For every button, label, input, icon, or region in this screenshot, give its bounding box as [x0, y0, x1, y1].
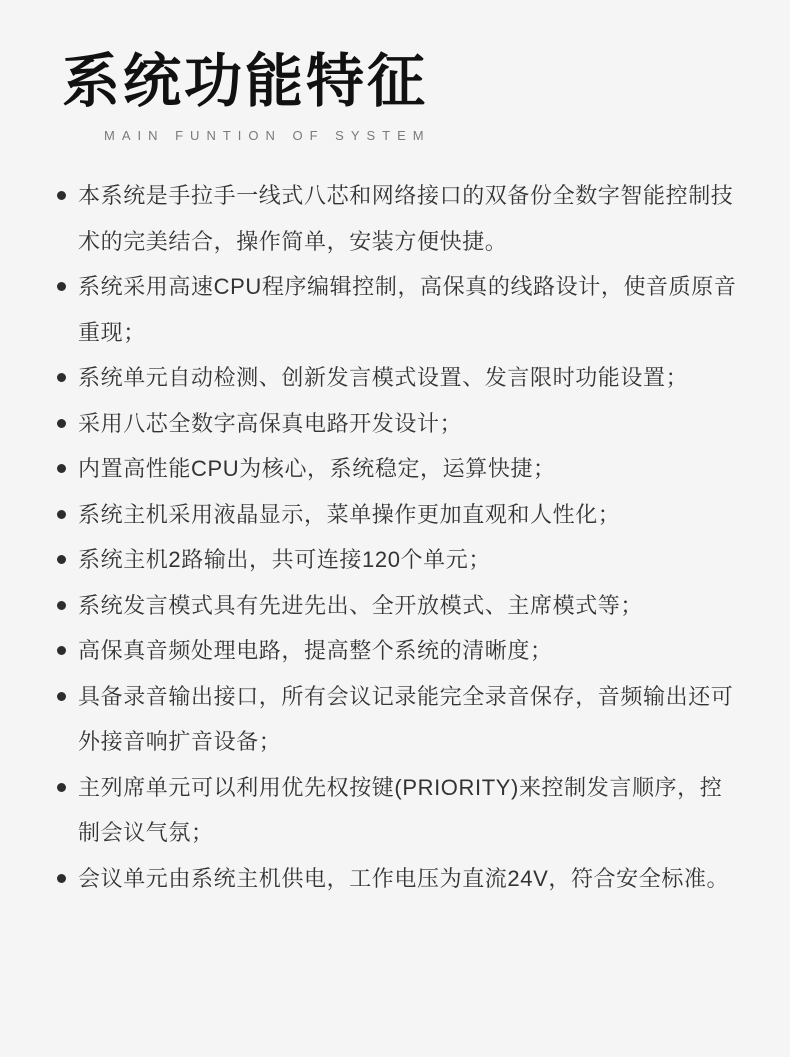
bullet-dot-icon	[57, 583, 78, 629]
feature-list-item: 系统主机2路输出，共可连接120个单元；	[57, 537, 742, 583]
feature-text: 系统主机2路输出，共可连接120个单元；	[78, 537, 740, 583]
feature-list-item: 内置高性能CPU为核心，系统稳定，运算快捷；	[57, 446, 742, 492]
feature-list-item: 主列席单元可以利用优先权按键(PRIORITY)来控制发言顺序，控制会议气氛；	[57, 765, 742, 856]
feature-text: 主列席单元可以利用优先权按键(PRIORITY)来控制发言顺序，控制会议气氛；	[78, 765, 740, 856]
feature-list: 本系统是手拉手一线式八芯和网络接口的双备份全数字智能控制技术的完美结合，操作简单…	[57, 173, 742, 901]
bullet-dot-icon	[57, 401, 78, 447]
bullet-dot-icon	[57, 492, 78, 538]
feature-list-item: 高保真音频处理电路，提高整个系统的清晰度；	[57, 628, 742, 674]
feature-list-item: 系统采用高速CPU程序编辑控制，高保真的线路设计，使音质原音重现；	[57, 264, 742, 355]
feature-text: 系统单元自动检测、创新发言模式设置、发言限时功能设置；	[78, 355, 740, 401]
feature-list-item: 本系统是手拉手一线式八芯和网络接口的双备份全数字智能控制技术的完美结合，操作简单…	[57, 173, 742, 264]
feature-text: 系统采用高速CPU程序编辑控制，高保真的线路设计，使音质原音重现；	[78, 264, 740, 355]
feature-text: 系统发言模式具有先进先出、全开放模式、主席模式等；	[78, 583, 740, 629]
bullet-dot-icon	[57, 264, 78, 310]
feature-text: 系统主机采用液晶显示，菜单操作更加直观和人性化；	[78, 492, 740, 538]
bullet-dot-icon	[57, 537, 78, 583]
feature-list-item: 系统主机采用液晶显示，菜单操作更加直观和人性化；	[57, 492, 742, 538]
page-title: 系统功能特征	[62, 48, 750, 116]
feature-text: 高保真音频处理电路，提高整个系统的清晰度；	[78, 628, 740, 674]
bullet-dot-icon	[57, 765, 78, 811]
feature-text: 会议单元由系统主机供电，工作电压为直流24V，符合安全标准。	[78, 856, 740, 902]
bullet-dot-icon	[57, 856, 78, 902]
feature-text: 内置高性能CPU为核心，系统稳定，运算快捷；	[78, 446, 740, 492]
feature-text: 采用八芯全数字高保真电路开发设计；	[78, 401, 740, 447]
page-subtitle: MAIN FUNTION OF SYSTEM	[104, 128, 750, 143]
feature-list-item: 系统单元自动检测、创新发言模式设置、发言限时功能设置；	[57, 355, 742, 401]
feature-text: 具备录音输出接口，所有会议记录能完全录音保存，音频输出还可外接音响扩音设备；	[78, 674, 740, 765]
feature-list-item: 采用八芯全数字高保真电路开发设计；	[57, 401, 742, 447]
feature-list-item: 会议单元由系统主机供电，工作电压为直流24V，符合安全标准。	[57, 856, 742, 902]
bullet-dot-icon	[57, 628, 78, 674]
feature-list-item: 系统发言模式具有先进先出、全开放模式、主席模式等；	[57, 583, 742, 629]
bullet-dot-icon	[57, 355, 78, 401]
feature-page: 系统功能特征 MAIN FUNTION OF SYSTEM 本系统是手拉手一线式…	[0, 0, 790, 1057]
bullet-dot-icon	[57, 446, 78, 492]
feature-text: 本系统是手拉手一线式八芯和网络接口的双备份全数字智能控制技术的完美结合，操作简单…	[78, 173, 740, 264]
feature-list-item: 具备录音输出接口，所有会议记录能完全录音保存，音频输出还可外接音响扩音设备；	[57, 674, 742, 765]
bullet-dot-icon	[57, 674, 78, 720]
page-header: 系统功能特征 MAIN FUNTION OF SYSTEM	[0, 0, 790, 143]
bullet-dot-icon	[57, 173, 78, 219]
